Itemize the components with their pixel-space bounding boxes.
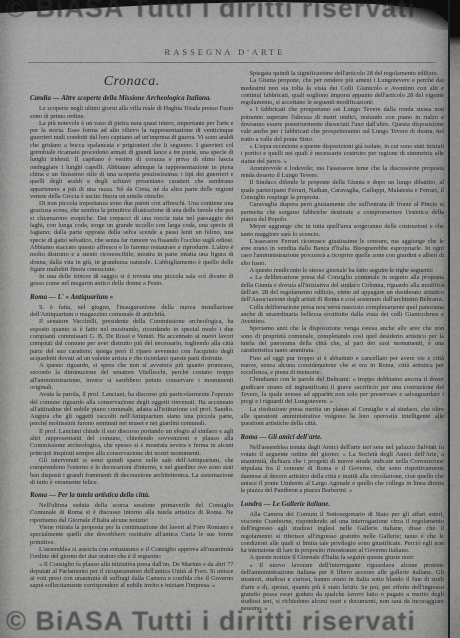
paragraph: Nell'assemblea tenuta dagli Amici dell'a… bbox=[241, 444, 445, 495]
paragraph: Chiudiamo con le parole del Beltrami: « … bbox=[241, 376, 445, 405]
text-columns: Cronaca. Candia — Altre scoperte della M… bbox=[30, 70, 444, 618]
paragraph: Colla deliberazione presa non verrà nasc… bbox=[241, 304, 445, 326]
paragraph: Le scoperte negli ultimi giorni alla vil… bbox=[30, 105, 234, 120]
paragraph: La Giunta propone, che per rendere più a… bbox=[241, 77, 445, 106]
paragraph: La risoluzione presa merita un plauso al… bbox=[241, 406, 445, 428]
paragraph: Viene ritirata la proposta per la contin… bbox=[30, 524, 234, 546]
paragraph: Caravaglia dispera però giustamente che … bbox=[241, 201, 445, 223]
cronaca-title: Cronaca. bbox=[30, 78, 234, 85]
paragraph: L'assessore Ferrari riconosce giustissim… bbox=[241, 238, 445, 267]
right-column: Spiegata quindi la significazione dell'a… bbox=[241, 70, 445, 618]
paragraph: Alla Camera dei Comuni il Sottosegretari… bbox=[241, 511, 445, 555]
paragraph: In una delle trincee di saggio si è trov… bbox=[30, 273, 234, 288]
paragraph: Il Sindaco difende le proposte della Giu… bbox=[241, 179, 445, 201]
paragraph: « I fabbricati che prospettano sui Lungo… bbox=[241, 106, 445, 142]
paragraph: A questo riguardo, si spera che non si a… bbox=[30, 362, 234, 391]
paragraph: Avuta la parola, il prof. Lanciani, ha d… bbox=[30, 391, 234, 427]
paragraph: S. è fatta, nel giugno, l'inaugurazione … bbox=[30, 304, 234, 319]
left-column: Cronaca. Candia — Altre scoperte della M… bbox=[30, 70, 234, 618]
paragraph: « La deliberazione presa dal Consiglio c… bbox=[241, 274, 445, 303]
paragraph: « L'equa eccezione a queste disposizioni… bbox=[241, 143, 445, 165]
section-heading: Roma — Per la tutela artistica della cit… bbox=[30, 491, 234, 499]
running-head: RASSEGNA D'ARTE bbox=[0, 47, 450, 57]
right-column-sections: Spiegata quindi la significazione dell'a… bbox=[241, 70, 445, 613]
paragraph: « Il Consiglio fa plauso alla iniziativa… bbox=[30, 561, 234, 590]
paragraph: Gli intervenuti si sono quindi sparsi ne… bbox=[30, 457, 234, 486]
adjacent-page-edge bbox=[448, 0, 460, 638]
paragraph: Il senatore Vacchelli, presidente della … bbox=[30, 318, 234, 362]
paragraph: Di non piccola importanza sono due paret… bbox=[30, 200, 234, 273]
paragraph: A questo rendiconto lo stesso giornale h… bbox=[241, 267, 445, 274]
paragraph: Ammirevole e lodevole; ma l'assessore te… bbox=[241, 165, 445, 180]
paragraph: Nell'ultima seduta della scorsa sessione… bbox=[30, 502, 234, 524]
paragraph: Spiegata quindi la significazione dell'a… bbox=[241, 70, 445, 77]
section-heading: Roma — L' « Antiquarium » bbox=[30, 293, 234, 301]
left-column-sections: Candia — Altre scoperte della Missione A… bbox=[30, 94, 234, 589]
paragraph: « Il nuovo lavorare dell'interrogante ri… bbox=[241, 562, 445, 613]
paragraph: Speriamo anzi che la disposizione venga … bbox=[241, 325, 445, 354]
header-rule bbox=[28, 62, 436, 63]
paragraph: A queste notizie il Giornale d'Italia fa… bbox=[241, 554, 445, 561]
section-heading: Roma — Gli amici dell'arte. bbox=[241, 433, 445, 441]
paragraph: L'assemblea si associa con entusiasmo e … bbox=[30, 546, 234, 561]
scanned-journal-photo: RASSEGNA D'ARTE Cronaca. Candia — Altre … bbox=[0, 0, 460, 638]
section-heading: Candia — Altre scoperte della Missione A… bbox=[30, 94, 234, 102]
paragraph: Meyer aggiunge che in tutta quell'area s… bbox=[241, 223, 445, 238]
section-heading: Londra — Le Gallerie italiane. bbox=[241, 500, 445, 508]
paragraph: Il prof. Lanciani chiude il suo discorso… bbox=[30, 428, 234, 457]
paragraph: Fino ad oggi pur troppo si è abbattuto e… bbox=[241, 355, 445, 377]
paragraph: La più notevole è un vaso di pietra nera… bbox=[30, 120, 234, 200]
